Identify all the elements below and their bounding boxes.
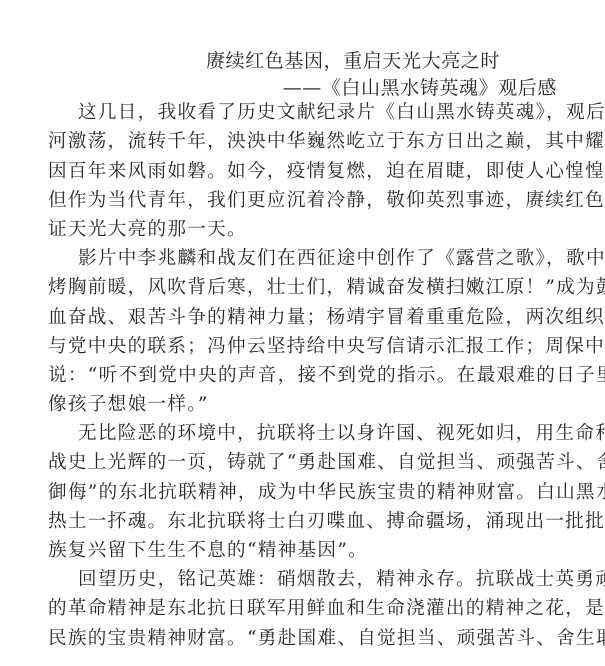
text-line: 但作为当代青年，我们更应沉着冷静，敬仰英烈事迹，赓续红色基因，直到共见	[48, 186, 560, 215]
text-line: 河激荡，流转千年，泱泱中华巍然屹立于东方日出之巅，其中耀眼灼灼的红色基	[48, 127, 560, 156]
text-line: 这几日，我收看了历史文献纪录片《白山黑水铸英魂》，观后感触颇深。山	[48, 98, 560, 127]
text-line: 战史上光辉的一页，铸就了“勇赴国难、自觉担当、顽强苦斗、舍生取义、团结	[48, 448, 560, 477]
text-line: 烤胸前暖，风吹背后寒，壮士们，精诚奋发横扫嫩江原！”成为鼓舞抗联将士浴	[48, 273, 560, 302]
text-line: 的革命精神是东北抗日联军用鲜血和生命浇灌出的精神之花，是我们党、军队和	[48, 594, 560, 623]
text-line: 与党中央的联系；冯仲云坚持给中央写信请示汇报工作；周保中更是发自肺腑地	[48, 332, 560, 361]
document-title: 赓续红色基因，重启天光大亮之时	[206, 48, 500, 74]
document-page: 赓续红色基因，重启天光大亮之时 ——《白山黑水铸英魂》观后感 这几日，我收看了历…	[0, 0, 605, 666]
text-line: 像孩子想娘一样。”	[48, 390, 560, 419]
text-line: 无比险恶的环境中，抗联将士以身许国、视死如归，用生命和鲜血书写了抗	[48, 419, 560, 448]
paragraph-3: 无比险恶的环境中，抗联将士以身许国、视死如归，用生命和鲜血书写了抗 战史上光辉的…	[48, 419, 560, 565]
text-line: 因百年来风雨如磐。如今，疫情复燃，迫在眉睫，即使人心惶惶，即使情况未知，	[48, 157, 560, 186]
text-line: 民族的宝贵精神财富。“勇赴国难、自觉担当、顽强苦斗、舍生取义、团结御侮”，	[48, 624, 560, 653]
paragraph-2: 影片中李兆麟和战友们在西征途中创作了《露营之歌》，歌中这样吟唱：“火 烤胸前暖，…	[48, 244, 560, 420]
text-line: 影片中李兆麟和战友们在西征途中创作了《露营之歌》，歌中这样吟唱：“火	[48, 244, 560, 273]
text-line: 热土一抔魂。东北抗联将士白刃喋血、搏命疆场，涌现出一批批抗战英雄，为民	[48, 507, 560, 536]
text-line: 回望历史，铭记英雄：硝烟散去，精神永存。抗联战士英勇顽强、不怕牺牲	[48, 565, 560, 594]
text-line: 御侮”的东北抗联精神，成为中华民族宝贵的精神财富。白山黑水育英雄，一抔	[48, 478, 560, 507]
paragraph-1: 这几日，我收看了历史文献纪录片《白山黑水铸英魂》，观后感触颇深。山 河激荡，流转…	[48, 98, 560, 244]
text-line: 族复兴留下生生不息的“精神基因”。	[48, 536, 560, 565]
text-line: 证天光大亮的那一天。	[48, 215, 560, 244]
paragraph-4: 回望历史，铭记英雄：硝烟散去，精神永存。抗联战士英勇顽强、不怕牺牲 的革命精神是…	[48, 565, 560, 653]
text-line: 说：“听不到党中央的声音，接不到党的指示。在最艰难的日子里，想念延安真	[48, 361, 560, 390]
text-line: 血奋战、艰苦斗争的精神力量；杨靖宇冒着重重危险，两次组织西征，试图打通	[48, 303, 560, 332]
